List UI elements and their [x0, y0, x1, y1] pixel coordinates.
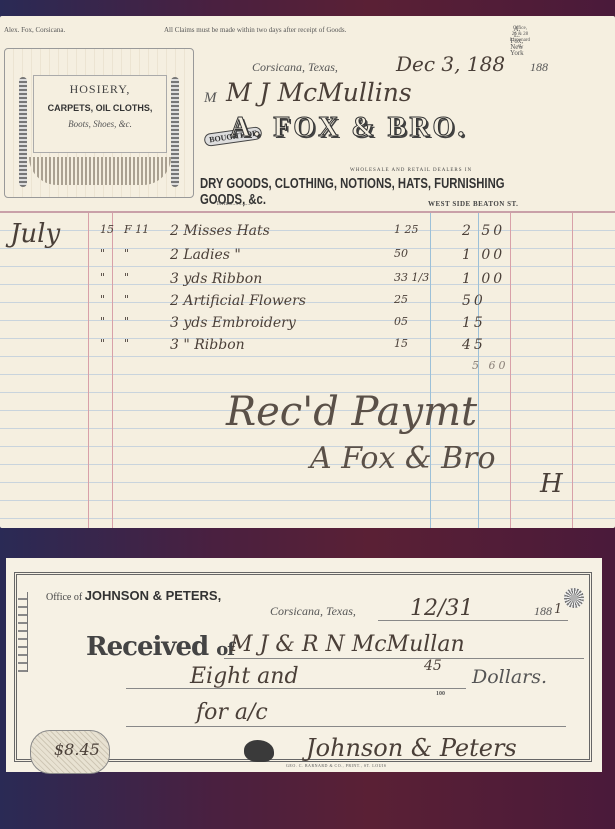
- item-price: 05: [394, 315, 408, 328]
- item-folio: ": [124, 337, 129, 350]
- for-line: [126, 726, 566, 727]
- receipt-office: Office of JOHNSON & PETERS,: [46, 588, 221, 603]
- line-item: " " 3 yds Embroidery 05 15: [0, 315, 615, 333]
- item-amount: 50: [462, 293, 486, 309]
- item-price: 1 25: [394, 223, 419, 236]
- line-item: " " 2 Ladies " 50 1 00: [0, 247, 615, 265]
- claims-notice: All Claims must be made within two days …: [164, 26, 346, 34]
- receipt-place: Corsicana, Texas,: [270, 604, 356, 619]
- cents-value: 45: [424, 658, 442, 674]
- drapery-ornament-icon: [29, 157, 171, 185]
- invoice-date: Dec 3, 188: [396, 52, 505, 76]
- item-price: 25: [394, 293, 408, 306]
- received-of-heading: Received of: [86, 632, 234, 662]
- payer-line: [224, 658, 584, 659]
- invoice-billhead: Alex. Fox, Corsicana. All Claims must be…: [0, 16, 615, 528]
- received-payment: Rec'd Paymt: [226, 389, 477, 435]
- advertisement-text: HOSIERY, CARPETS, OIL CLOTHS, Boots, Sho…: [33, 75, 167, 153]
- item-description: 2 Misses Hats: [170, 223, 270, 239]
- item-folio: F 11: [124, 223, 149, 236]
- receipt-year-digit: 1: [554, 602, 562, 617]
- item-description: 3 yds Embroidery: [170, 315, 296, 331]
- invoice-signature: A Fox & Bro: [310, 441, 496, 476]
- item-amount: 15: [462, 315, 486, 331]
- item-date: 15: [100, 223, 114, 236]
- customer-prefix: M: [204, 90, 217, 107]
- new-york-address: Office, 26 & 28 Lispenard st.: [510, 26, 530, 50]
- cents-denominator: 100: [436, 691, 445, 697]
- item-folio: ": [124, 315, 129, 328]
- payer-name: M J & R N McMullan: [230, 632, 465, 657]
- dollars-label: Dollars.: [472, 666, 547, 688]
- invoice-year: 188: [530, 60, 548, 75]
- receipt-firm: JOHNSON & PETERS,: [85, 588, 222, 603]
- receipt-year: 188: [534, 604, 552, 619]
- item-price: 15: [394, 337, 408, 350]
- printer-imprint: GEO. C. BARNARD & CO., PRINT., ST. LOUIS: [286, 763, 387, 768]
- advertisement-panel: HOSIERY, CARPETS, OIL CLOTHS, Boots, Sho…: [4, 48, 194, 198]
- item-date: ": [100, 315, 105, 328]
- receipt-slip: Office of JOHNSON & PETERS, Corsicana, T…: [6, 558, 602, 772]
- item-date: ": [100, 337, 105, 350]
- item-date: ": [100, 271, 105, 284]
- item-description: 3 " Ribbon: [170, 337, 245, 353]
- billhead-top-line: Alex. Fox, Corsicana. All Claims must be…: [4, 26, 615, 38]
- item-description: 2 Artificial Flowers: [170, 293, 306, 309]
- invoice-place: Corsicana, Texas,: [252, 60, 338, 75]
- advert-line-3: Boots, Shoes, &c.: [34, 119, 166, 129]
- left-ornament-icon: [18, 592, 28, 672]
- item-folio: ": [124, 293, 129, 306]
- item-description: 2 Ladies ": [170, 247, 241, 263]
- terms-field: Terms..............: [216, 201, 252, 207]
- wholesale-label: WHOLESALE AND RETAIL DEALERS IN: [350, 168, 472, 173]
- receipt-date: 12/31: [410, 596, 473, 621]
- item-folio: ": [124, 271, 129, 284]
- line-item: " " 3 " Ribbon 15 45: [0, 337, 615, 355]
- firm-name: A. FOX & BRO.: [230, 112, 467, 144]
- item-description: 3 yds Ribbon: [170, 271, 262, 287]
- item-date: ": [100, 247, 105, 260]
- item-price: 50: [394, 247, 408, 260]
- tassel-left-icon: [19, 77, 27, 187]
- office-of-label: Office of: [46, 592, 82, 603]
- item-amount: 1 00: [462, 271, 505, 287]
- for-account: for a/c: [196, 700, 268, 725]
- dog-head-icon: [244, 740, 274, 762]
- signature-initial: H: [540, 469, 563, 499]
- street-address: WEST SIDE BEATON ST.: [428, 200, 518, 208]
- tassel-right-icon: [171, 77, 179, 187]
- item-amount: 45: [462, 337, 486, 353]
- item-price: 33 1/3: [394, 271, 429, 284]
- line-item: " " 2 Artificial Flowers 25 50: [0, 293, 615, 311]
- ledger-area: July 15 F 11 2 Misses Hats 1 25 2 50 " "…: [0, 211, 615, 528]
- customer-name: M J McMullins: [226, 78, 412, 107]
- amount-figure: $8.45: [54, 740, 100, 759]
- item-date: ": [100, 293, 105, 306]
- item-folio: ": [124, 247, 129, 260]
- corner-rosette-icon: [564, 588, 584, 608]
- header-left: Alex. Fox, Corsicana.: [4, 26, 65, 34]
- receipt-signature: Johnson & Peters: [306, 734, 517, 762]
- item-amount: 1 00: [462, 247, 505, 263]
- received-word: Received: [86, 632, 208, 662]
- advert-line-2: CARPETS, OIL CLOTHS,: [34, 103, 166, 113]
- advert-line-1: HOSIERY,: [34, 82, 166, 97]
- line-item: 15 F 11 2 Misses Hats 1 25 2 50: [0, 223, 615, 241]
- amount-in-words: Eight and: [190, 664, 299, 689]
- item-amount: 2 50: [462, 223, 505, 239]
- line-item: " " 3 yds Ribbon 33 1/3 1 00: [0, 271, 615, 289]
- invoice-total: 5 60: [472, 359, 509, 372]
